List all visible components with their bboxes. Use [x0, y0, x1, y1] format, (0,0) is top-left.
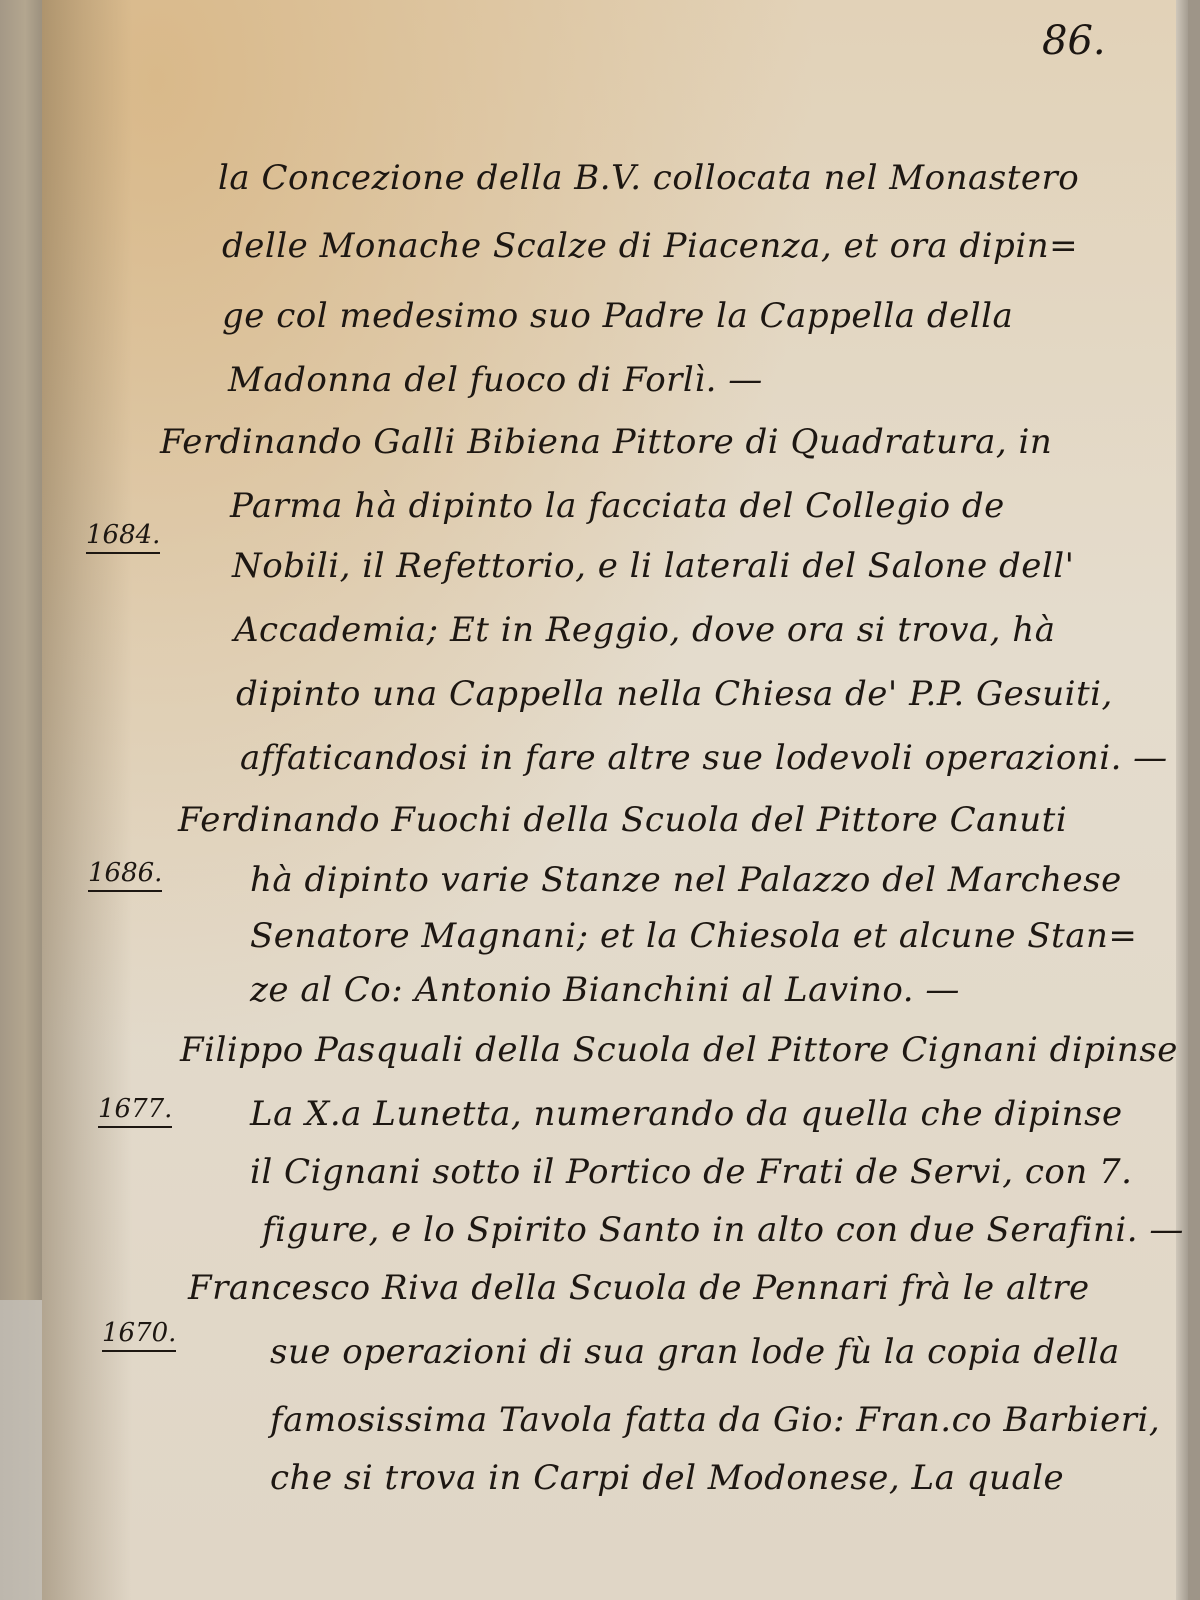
text-line: Madonna del fuoco di Forlì. —: [228, 360, 763, 400]
text-line: affaticandosi in fare altre sue lodevoli…: [240, 738, 1168, 778]
text-line: la Concezione della B.V. collocata nel M…: [218, 158, 1079, 198]
text-line: sue operazioni di sua gran lode fù la co…: [270, 1332, 1120, 1372]
margin-year-1677: 1677.: [98, 1094, 172, 1128]
text-line: Parma hà dipinto la facciata del Collegi…: [230, 486, 1005, 526]
text-line: ge col medesimo suo Padre la Cappella de…: [222, 296, 1013, 336]
text-line: La X.a Lunetta, numerando da quella che …: [250, 1094, 1123, 1134]
text-line: figure, e lo Spirito Santo in alto con d…: [262, 1210, 1184, 1250]
page-edge-right: [1176, 0, 1188, 1600]
margin-year-1684: 1684.: [86, 520, 160, 554]
text-line: delle Monache Scalze di Piacenza, et ora…: [222, 226, 1078, 266]
text-line: che si trova in Carpi del Modonese, La q…: [270, 1458, 1064, 1498]
text-line: Senatore Magnani; et la Chiesola et alcu…: [250, 916, 1137, 956]
entry-heading-bibiena: Ferdinando Galli Bibiena Pittore di Quad…: [160, 422, 1052, 462]
text-line: hà dipinto varie Stanze nel Palazzo del …: [250, 860, 1122, 900]
text-line: dipinto una Cappella nella Chiesa de' P.…: [236, 674, 1113, 714]
entry-heading-pasquali: Filippo Pasquali della Scuola del Pittor…: [180, 1030, 1178, 1070]
text-line: Accademia; Et in Reggio, dove ora si tro…: [234, 610, 1055, 650]
text-line: Nobili, il Refettorio, e li laterali del…: [232, 546, 1074, 586]
margin-year-1670: 1670.: [102, 1318, 176, 1352]
text-line: famosissima Tavola fatta da Gio: Fran.co…: [270, 1400, 1160, 1440]
page-number: 86.: [1042, 18, 1106, 64]
text-line: ze al Co: Antonio Bianchini al Lavino. —: [250, 970, 960, 1010]
margin-year-1686: 1686.: [88, 858, 162, 892]
entry-heading-fuochi: Ferdinando Fuochi della Scuola del Pitto…: [178, 800, 1067, 840]
entry-heading-riva: Francesco Riva della Scuola de Pennari f…: [188, 1268, 1090, 1308]
text-line: il Cignani sotto il Portico de Frati de …: [250, 1152, 1132, 1192]
